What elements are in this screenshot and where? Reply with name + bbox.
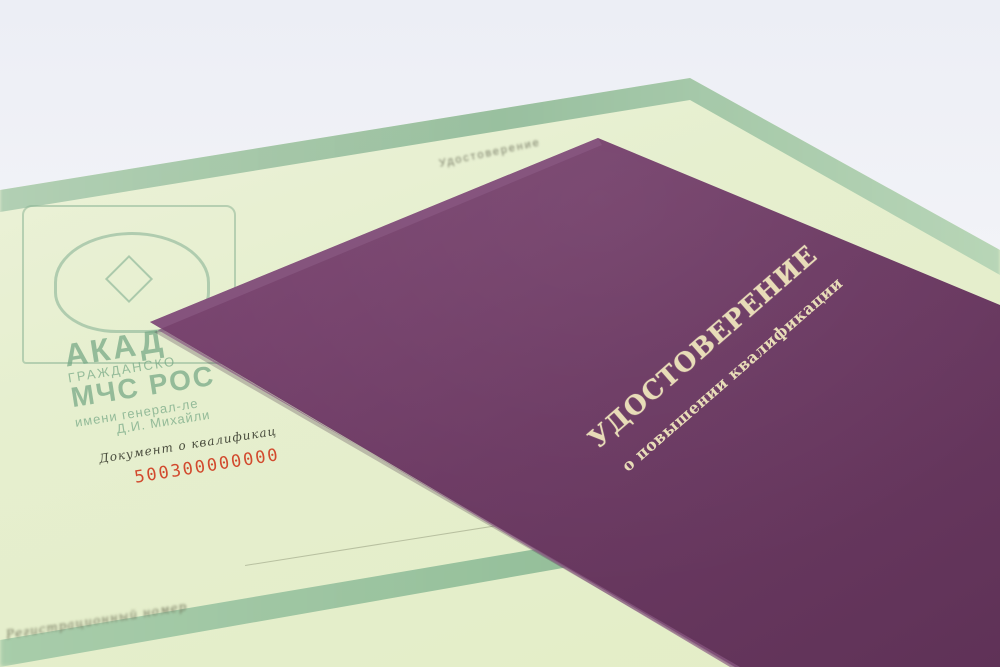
photo-scene: АКАД ГРАЖДАНСКО МЧС РОС имени генерал-ле… xyxy=(0,0,1000,667)
